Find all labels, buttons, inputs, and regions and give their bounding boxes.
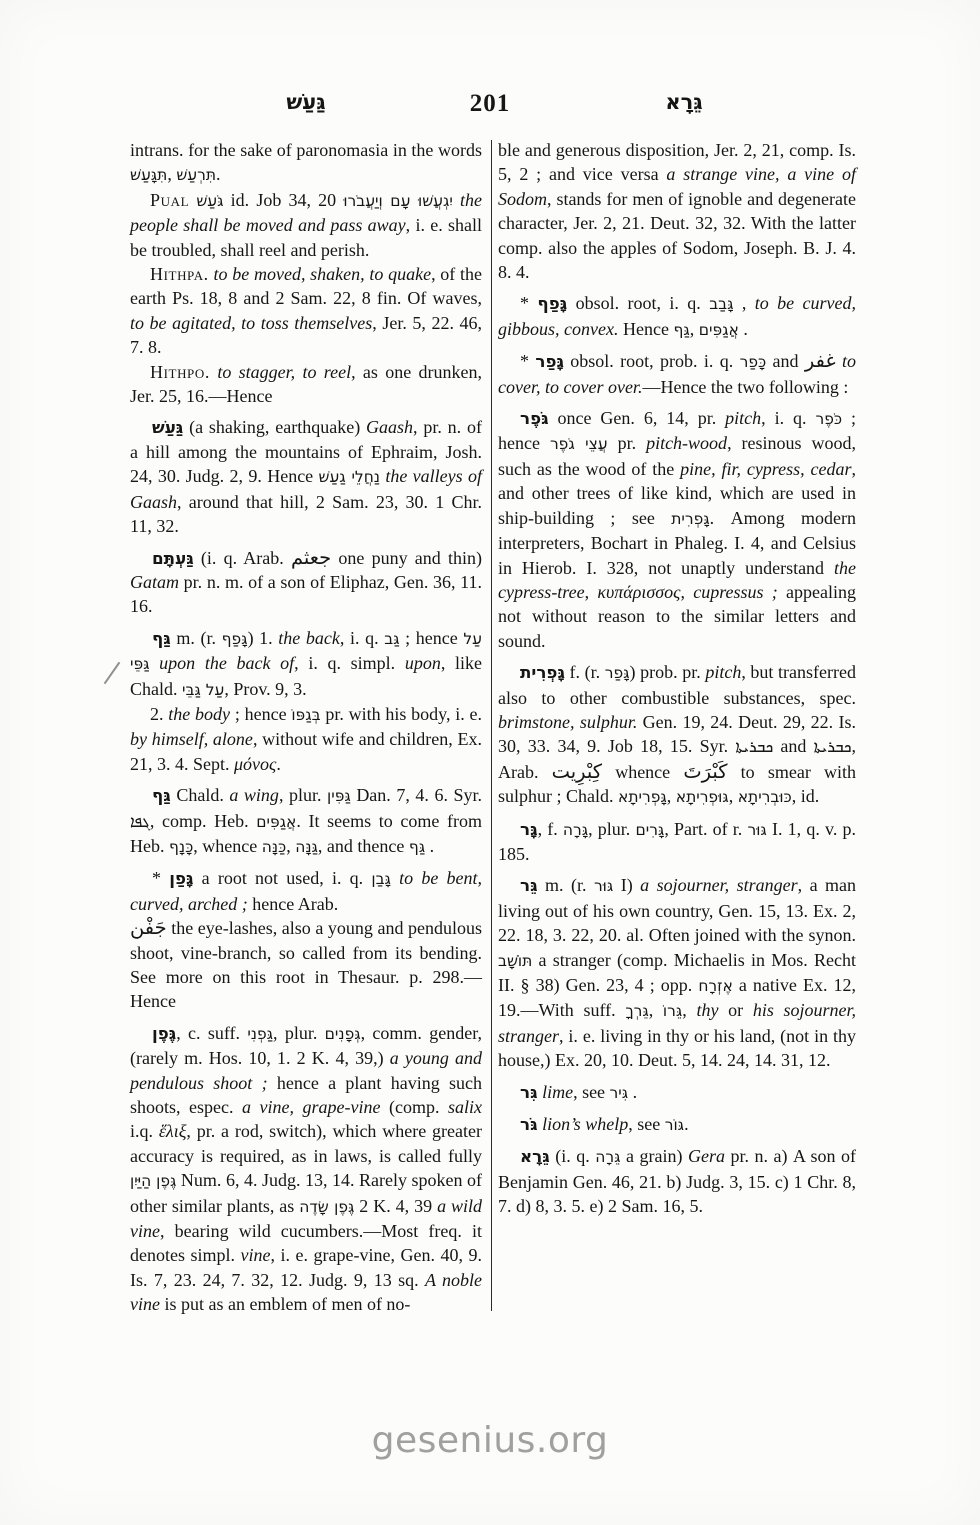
italic-text: lion’s whelp (542, 1114, 628, 1134)
plain-text: pr. (608, 433, 646, 453)
hebrew-text: תִּגָּעַשׁ (130, 166, 167, 184)
plain-text: , f. (538, 819, 563, 839)
hebrew-text: גְּפָנִים (325, 1025, 361, 1043)
italic-text: pitch (705, 662, 741, 682)
plain-text: , (585, 582, 598, 602)
hebrew-text: גֵּרָה (595, 1148, 620, 1166)
plain-text: , i. q. (340, 628, 384, 648)
italic-text: the body (168, 704, 230, 724)
hebrew-text: גּוּר (594, 877, 613, 895)
plain-text: pr. n. m. of a son of Eliphaz, Gen. 36, … (130, 572, 482, 616)
running-head-right-hebrew: גֵּרָא (508, 90, 860, 114)
hebrew-headword: גַּף (152, 785, 171, 805)
italic-text: brimstone, sulphur. (498, 712, 637, 732)
plain-text: obsol. root, prob. i. q. (564, 351, 740, 371)
hebrew-headword: גָּפַר (535, 351, 564, 371)
hebrew-text: גָּפְרִית (671, 510, 709, 528)
italic-text: vine (241, 1245, 271, 1265)
stem-label: Hithpa. (150, 264, 209, 284)
hebrew-text: אֲגַפִּים (256, 813, 296, 831)
plain-text: , comp. Heb. (150, 811, 256, 831)
plain-text: Dan. 7, 4. 6. Syr. (351, 785, 482, 805)
dictionary-paragraph: Hithpa. to be moved, shaken, to quake, o… (130, 262, 482, 360)
dictionary-entry: גָּפְרִית f. (r. גָּפַר) prob. pr. pitch… (498, 660, 856, 809)
hebrew-headword: גֶּפֶן (152, 1023, 176, 1043)
plain-text: . (216, 164, 221, 184)
plain-text: is put as an emblem of men of no- (160, 1294, 410, 1314)
hebrew-text: גַּף (409, 838, 425, 856)
dictionary-paragraph: Hithpo. to stagger, to reel, as one drun… (130, 360, 482, 409)
hebrew-text: אֲגַפִּים (699, 321, 739, 339)
hebrew-text: גּוֹר (665, 1116, 684, 1134)
dictionary-entry: גָּר, f. גָּרָה, plur. גָּרִים, Part. of… (498, 817, 856, 867)
hebrew-text: גָּרִים (635, 821, 664, 839)
hebrew-headword: גָּפַן (169, 868, 193, 888)
plain-text: 2 K. 4, 39 (354, 1196, 437, 1216)
plain-text: . (425, 836, 434, 856)
plain-text: and (773, 736, 813, 756)
plain-text: . (684, 1114, 689, 1134)
italic-text: salix (448, 1097, 482, 1117)
hebrew-text: גֶּפֶן הַיַּיִן (130, 1172, 176, 1190)
greek-text: κυπάρισσος (597, 582, 680, 602)
plain-text: , stands for men of ignoble and degenera… (498, 189, 856, 282)
plain-text (453, 190, 460, 210)
italic-text: a vine, grape-vine (242, 1097, 380, 1117)
plain-text: ) 1. (248, 628, 279, 648)
plain-text: 2. (150, 704, 168, 724)
italic-text: upon the back of (159, 653, 294, 673)
dictionary-entry: * גָּפַן a root not used, i. q. גָּבַן t… (130, 866, 482, 916)
dictionary-paragraph: جَفْن the eye-lashes, also a young and p… (130, 916, 482, 1014)
italic-text: a wing (229, 785, 279, 805)
italic-text: the back (278, 628, 340, 648)
italic-text: to stagger, to reel (217, 362, 351, 382)
plain-text: the eye-lashes, also a young and pendulo… (130, 918, 482, 1011)
hebrew-text: גֶּפֶן שָׂדֶה (299, 1198, 354, 1216)
column-divider-rule (491, 140, 492, 1311)
plain-text: Chald. (171, 785, 230, 805)
hebrew-headword: גָּפְרִית (520, 662, 565, 682)
plain-text: (a shaking, earthquake) (183, 417, 366, 437)
plain-text: , Part. of r. (664, 819, 747, 839)
hebrew-text: כַּנָּה (262, 838, 286, 856)
hebrew-text: גַּפִּין (327, 787, 351, 805)
plain-text: , c. suff. (176, 1023, 247, 1043)
hebrew-text: כּוּבְרִיתָא (738, 788, 792, 806)
dictionary-entry: גֵּרָא (i. q. גֵּרָה a grain) Gera pr. n… (498, 1144, 856, 1218)
plain-text: * (152, 868, 169, 888)
plain-text: (i. q. Arab. (194, 548, 291, 568)
italic-text: to be agitated, to toss themselves (130, 313, 372, 333)
hebrew-headword: גַּף (152, 628, 171, 648)
hebrew-text: גָּפַף (222, 630, 248, 648)
watermark: gesenius.org (0, 1420, 980, 1461)
dictionary-paragraph: intrans. for the sake of paronomasia in … (130, 138, 482, 188)
hebrew-text: כֹּפֶר (815, 410, 842, 428)
plain-text: and (766, 351, 805, 371)
dictionary-paragraph: Pual גֹּעַשׁ id. Job 34, 20 יִגְעֲשׁוּ ע… (130, 188, 482, 262)
hebrew-text: כָּפַר (740, 353, 767, 371)
hebrew-text: גָּפַר (605, 664, 630, 682)
dictionary-entry: גַּעְתָּם (i. q. Arab. جعثم one puny and… (130, 546, 482, 619)
italic-text: upon (405, 653, 441, 673)
italic-text: pine, fir, cypress, cedar (680, 459, 851, 479)
dictionary-paragraph: ble and generous disposition, Jer. 2, 21… (498, 138, 856, 284)
hebrew-text: נַחֲלֵי גַעַשׁ (319, 468, 380, 486)
plain-text: , (729, 786, 738, 806)
italic-text: Gaash (366, 417, 413, 437)
plain-text: , plur. (273, 1023, 325, 1043)
plain-text: , around that hill, 2 Sam. 23, 30. 1 Chr… (130, 492, 482, 536)
stem-label: Pual (150, 190, 189, 210)
right-column: ble and generous disposition, Jer. 2, 21… (498, 138, 856, 1317)
plain-text: m. (r. (538, 875, 594, 895)
italic-text: Gatam (130, 572, 179, 592)
plain-text: intrans. for the sake of paronomasia in … (130, 140, 482, 160)
hebrew-headword: גֵּרָא (520, 1146, 550, 1166)
plain-text: , (680, 582, 693, 602)
hebrew-headword: גַּעַשׁ (152, 417, 183, 437)
hebrew-text: גָּפְרִיתָא (618, 788, 667, 806)
plain-text: once Gen. 6, 14, pr. (549, 408, 726, 428)
italic-text: to be moved, shaken, to quake (214, 264, 432, 284)
plain-text: , id. (792, 786, 820, 806)
plain-text: , plur. (279, 785, 327, 805)
arabic-text: غفر (805, 349, 836, 372)
dictionary-entry: גִּר lime, see גִּיר . (498, 1080, 856, 1105)
pencil-margin-mark (104, 662, 121, 684)
hebrew-text: גִּיר (610, 1084, 629, 1102)
hebrew-headword: גֵּר (520, 875, 538, 895)
hebrew-text: עַל גַּבֵּי (182, 681, 224, 699)
plain-text: . (276, 754, 281, 774)
dictionary-entry: * גָּפַף obsol. root, i. q. גָּבַב , to … (498, 291, 856, 342)
hebrew-text: גַּב (384, 630, 399, 648)
scanned-page: גַּעַשׁ 201 גֵּרָא intrans. for the sake… (0, 0, 980, 1525)
plain-text: (comp. (381, 1097, 449, 1117)
plain-text: , (690, 319, 699, 339)
running-head: גַּעַשׁ 201 גֵּרָא (0, 90, 980, 124)
dictionary-entry: גֶּפֶן, c. suff. גַּפְנִי, plur. גְּפָנִ… (130, 1021, 482, 1317)
arabic-text: جعثم (291, 546, 331, 569)
hebrew-headword: גֹּר (520, 1114, 538, 1134)
plain-text: ; hence (400, 628, 464, 648)
plain-text: , see (573, 1082, 609, 1102)
hebrew-text: יִגְעֲשׁוּ עָם וְיַעֲבֹרוּ (343, 192, 453, 210)
hebrew-headword: גִּר (520, 1082, 538, 1102)
plain-text: , i. q. (761, 408, 815, 428)
hebrew-headword: גָּפַף (537, 293, 567, 313)
greek-text: ἕλιξ (159, 1121, 187, 1141)
dictionary-entry: גַּעַשׁ (a shaking, earthquake) Gaash, p… (130, 415, 482, 538)
italic-text: cupressus ; (693, 582, 778, 602)
hebrew-text: גַּנָּה (295, 838, 318, 856)
hebrew-text: גָּבַן (371, 870, 391, 888)
arabic-text: كِبْرِيت (552, 760, 602, 783)
plain-text (150, 653, 160, 673)
plain-text: one puny and thin) (331, 548, 482, 568)
plain-text (391, 868, 399, 888)
plain-text: I) (613, 875, 640, 895)
plain-text: id. Job 34, 20 (223, 190, 343, 210)
text-columns: intrans. for the sake of paronomasia in … (130, 138, 864, 1317)
hebrew-headword: גָּר (520, 819, 538, 839)
dictionary-entry: * גָּפַר obsol. root, prob. i. q. כָּפַר… (498, 349, 856, 399)
hebrew-text: גֵּרְךָ (625, 1002, 648, 1020)
plain-text: ; hence (230, 704, 291, 724)
plain-text: (i. q. (550, 1146, 596, 1166)
hebrew-headword: גֹּפֶר (520, 408, 549, 428)
plain-text: , and thence (318, 836, 409, 856)
plain-text: , Prov. 9, 3. (224, 679, 306, 699)
hebrew-text: גָּרָה (563, 821, 588, 839)
hebrew-text: גּוּפְרִיתָא (676, 788, 729, 806)
hebrew-text: גֵּרוֹ (663, 1002, 682, 1020)
plain-text: , (667, 786, 676, 806)
plain-text: or (718, 1000, 752, 1020)
italic-text: a sojourner, stranger (640, 875, 797, 895)
dictionary-entry: גֹּפֶר once Gen. 6, 14, pr. pitch, i. q.… (498, 406, 856, 653)
hebrew-text: כָּנָף (169, 838, 193, 856)
dictionary-entry: גַּף m. (r. גָּפַף) 1. the back, i. q. ג… (130, 626, 482, 702)
plain-text: , see (628, 1114, 664, 1134)
italic-text: pitch-wood (646, 433, 727, 453)
dictionary-entry: גֹּר lion’s whelp, see גּוֹר. (498, 1112, 856, 1137)
plain-text: obsol. root, i. q. (567, 293, 709, 313)
plain-text: . (628, 1082, 637, 1102)
plain-text: f. (r. (565, 662, 605, 682)
plain-text: a root not used, i. q. (193, 868, 371, 888)
plain-text: i.q. (130, 1121, 159, 1141)
plain-text: , whence (193, 836, 261, 856)
plain-text: , (682, 1000, 696, 1020)
plain-text: whence (602, 762, 683, 782)
hebrew-headword: גַּעְתָּם (152, 548, 194, 568)
hebrew-text: בְּגַפּוֹ (291, 706, 320, 724)
plain-text: a grain) (620, 1146, 687, 1166)
plain-text: hence Arab. (248, 894, 338, 914)
plain-text: , i. q. simpl. (294, 653, 405, 673)
italic-text: pitch (725, 408, 761, 428)
hebrew-text: תּוֹשָׁב (498, 952, 532, 970)
plain-text: , (286, 836, 295, 856)
plain-text: —Hence the two following : (642, 377, 848, 397)
hebrew-text: עֲצֵי גֹפֶר (550, 435, 608, 453)
dictionary-paragraph: 2. the body ; hence בְּגַפּוֹ pr. with h… (130, 702, 482, 776)
arabic-text: كَبْرَتَ (683, 760, 727, 783)
hebrew-text: תִּרְעַשׁ (176, 166, 216, 184)
greek-text: μόνος (234, 754, 276, 774)
syriac-text: ܟܒܪܝܬܐ (814, 737, 852, 756)
hebrew-text: גַּפְנִי (247, 1025, 273, 1043)
plain-text: pr. with his body, i. e. (321, 704, 482, 724)
dictionary-entry: גֵּר m. (r. גּוּר I) a sojourner, strang… (498, 873, 856, 1072)
plain-text: * (520, 351, 535, 371)
left-column: intrans. for the sake of paronomasia in … (130, 138, 482, 1317)
syriac-text: ܓܦܐ (130, 812, 150, 831)
italic-text: lime (542, 1082, 573, 1102)
syriac-text: ܟܒܪܝܬܐ (735, 737, 773, 756)
arabic-text: جَفْن (130, 916, 167, 939)
italic-text: thy (696, 1000, 718, 1020)
stem-label: Hithpo. (150, 362, 210, 382)
italic-text: by himself, alone (130, 729, 253, 749)
plain-text: . (739, 319, 748, 339)
plain-text: , (733, 293, 754, 313)
plain-text: * (520, 293, 537, 313)
plain-text: , plur. (588, 819, 635, 839)
hebrew-text: גָּבַב (709, 295, 733, 313)
italic-text: Gera (688, 1146, 725, 1166)
plain-text: , (167, 164, 176, 184)
plain-text: Hence (618, 319, 673, 339)
plain-text: ) prob. pr. (630, 662, 706, 682)
hebrew-text: אֶזְרָח (698, 977, 733, 995)
hebrew-text: גַּף (673, 321, 689, 339)
plain-text: m. (r. (171, 628, 222, 648)
hebrew-text: גּוּר (747, 821, 766, 839)
plain-text: , (649, 1000, 663, 1020)
hebrew-text: גֹּעַשׁ (196, 192, 223, 210)
dictionary-entry: גַּף Chald. a wing, plur. גַּפִּין Dan. … (130, 783, 482, 859)
